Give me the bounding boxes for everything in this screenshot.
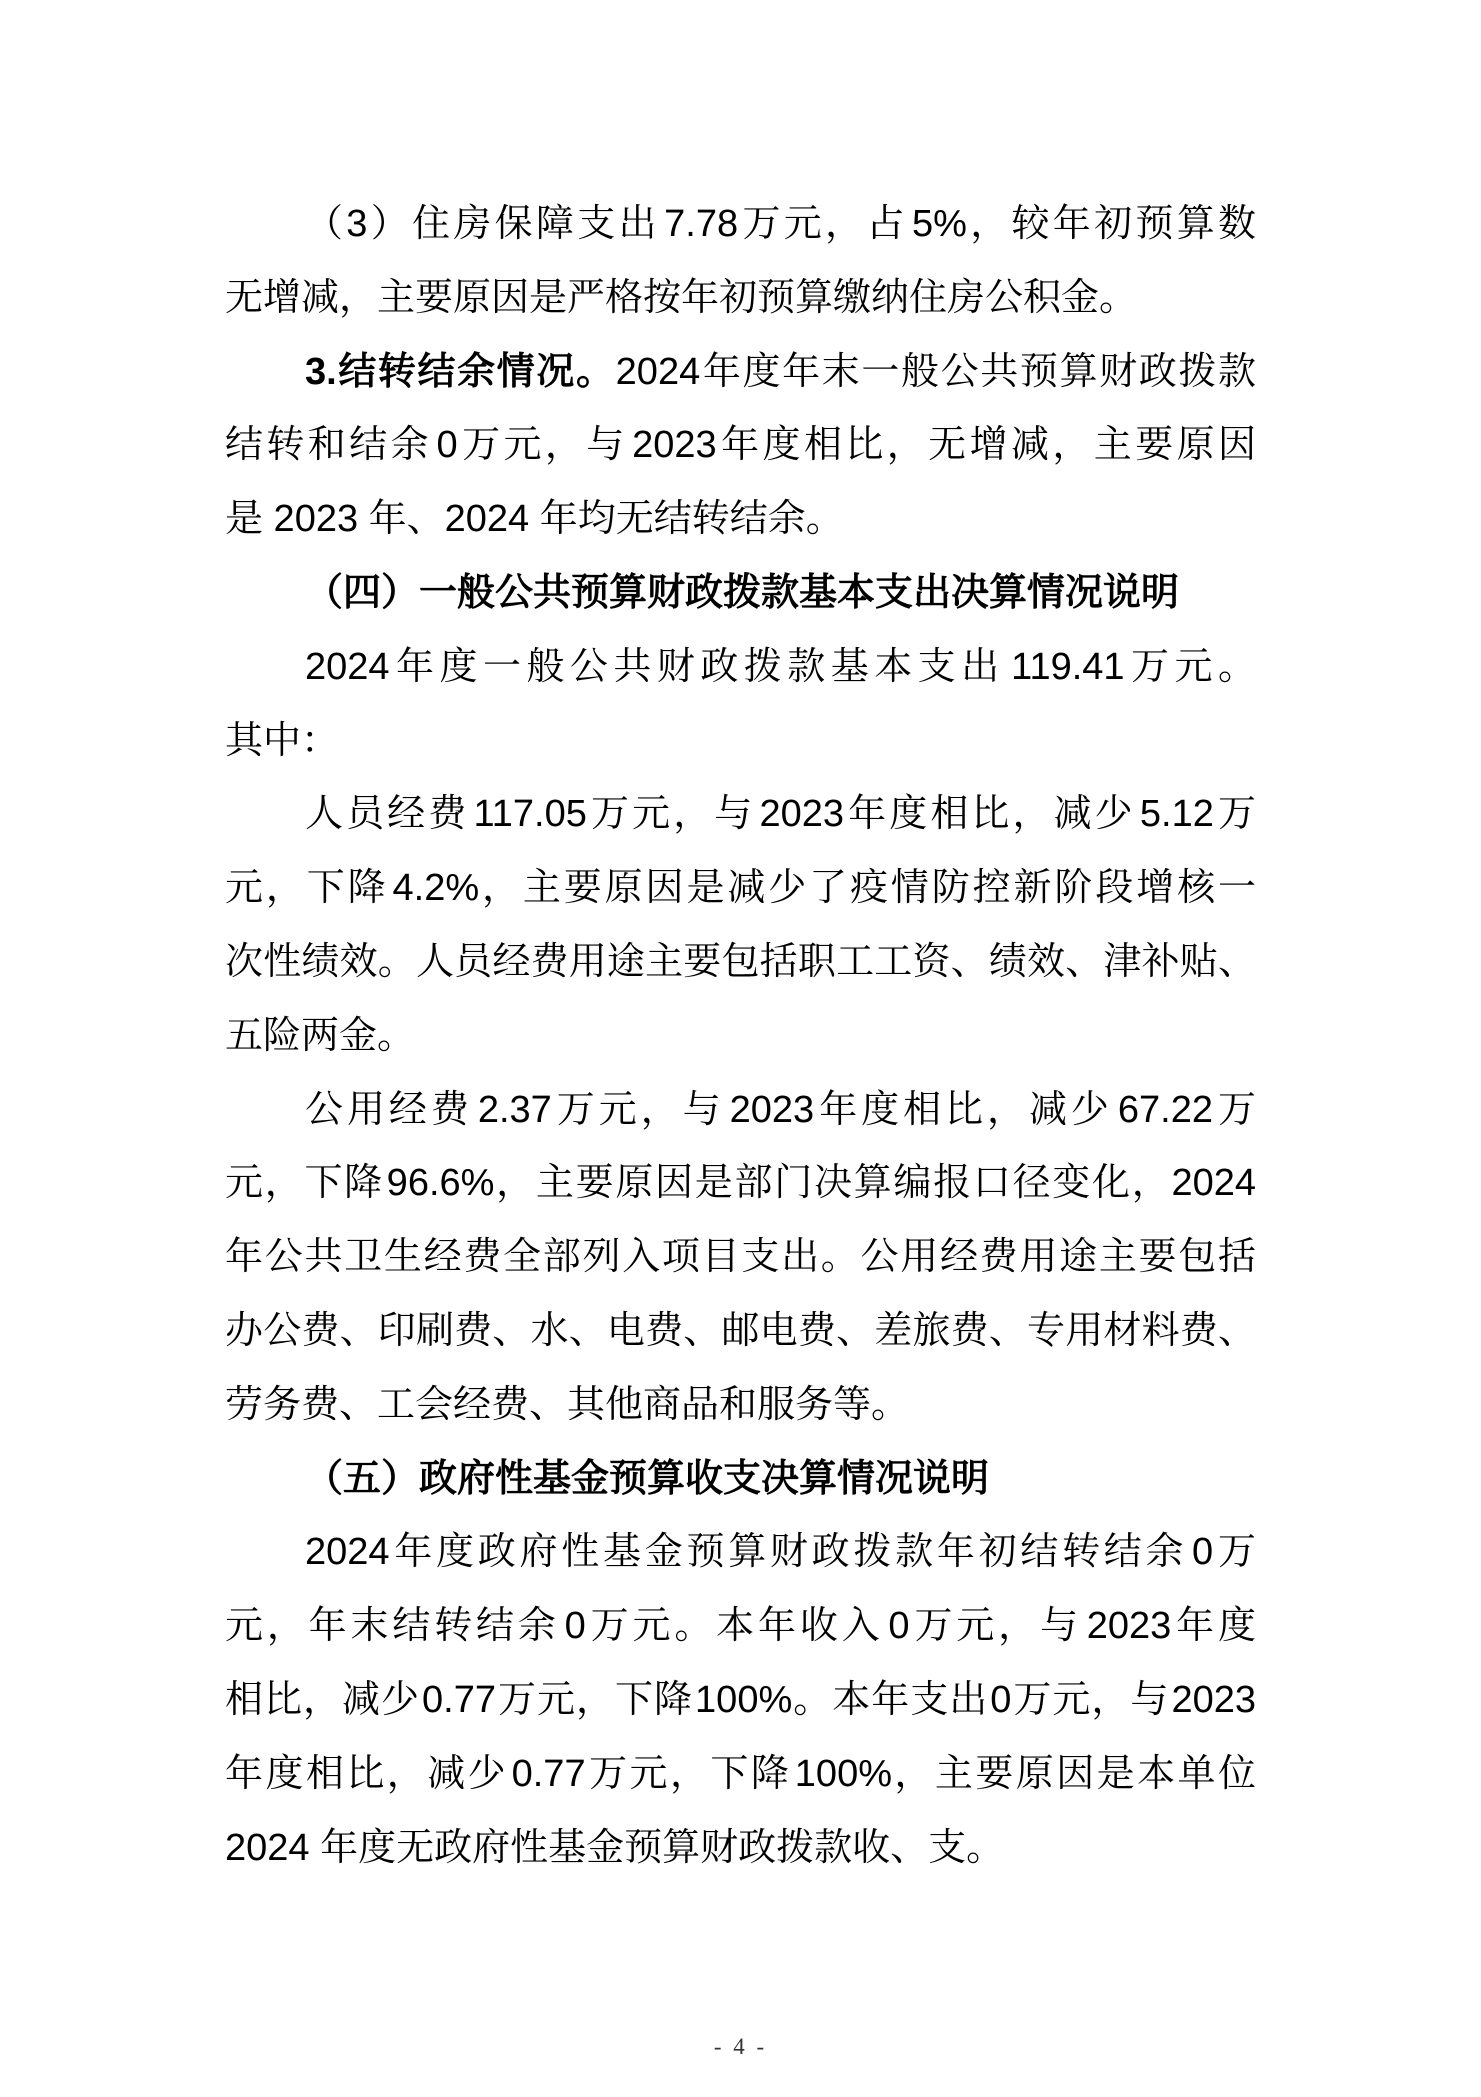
text-line: （3）住房保障支出 7.78 万元，占 5%，较年初预算数 [225,188,1256,262]
text-line: 2024 年度政府性基金预算财政拨款年初结转结余 0 万 [225,1516,1256,1590]
text-line: 无增减，主要原因是严格按年初预算缴纳住房公积金。 [225,262,1256,336]
text-line: 次性绩效。人员经费用途主要包括职工工资、绩效、津补贴、 [225,926,1256,1000]
text-line: 五险两金。 [225,1000,1256,1074]
text-line: 2024 年度无政府性基金预算财政拨款收、支。 [225,1812,1256,1886]
text-line: 结转和结余 0 万元，与 2023 年度相比，无增减，主要原因 [225,409,1256,483]
text-line: 相比，减少 0.77 万元，下降 100%。本年支出 0 万元，与 2023 [225,1664,1256,1738]
text-span: 2024 年度年末一般公共预算财政拨款 [616,351,1256,393]
text-line: 元，下降 96.6%，主要原因是部门决算编报口径变化，2024 [225,1147,1256,1221]
text-line: 是 2023 年、2024 年均无结转结余。 [225,483,1256,557]
text-line: 3.结转结余情况。2024 年度年末一般公共预算财政拨款 [225,336,1256,410]
document-body: （3）住房保障支出 7.78 万元，占 5%，较年初预算数 无增减，主要原因是严… [225,188,1256,1885]
text-line: 劳务费、工会经费、其他商品和服务等。 [225,1369,1256,1443]
document-page: （3）住房保障支出 7.78 万元，占 5%，较年初预算数 无增减，主要原因是严… [0,0,1481,2097]
section-heading-4: （四）一般公共预算财政拨款基本支出决算情况说明 [225,557,1256,631]
text-line: 公用经费 2.37 万元，与 2023 年度相比，减少 67.22 万 [225,1074,1256,1148]
text-line: 人员经费 117.05 万元，与 2023 年度相比，减少 5.12 万 [225,778,1256,852]
text-line: 年度相比，减少 0.77 万元，下降 100%，主要原因是本单位 [225,1738,1256,1812]
text-line: 2024 年度一般公共财政拨款基本支出 119.41 万元。 [225,631,1256,705]
text-line: 年公共卫生经费全部列入项目支出。公用经费用途主要包括 [225,1221,1256,1295]
text-line: 元，年末结转结余 0 万元。本年收入 0 万元，与 2023 年度 [225,1590,1256,1664]
text-line: 元，下降 4.2%，主要原因是减少了疫情防控新阶段增核一 [225,852,1256,926]
section-heading-5: （五）政府性基金预算收支决算情况说明 [225,1443,1256,1517]
text-line: 办公费、印刷费、水、电费、邮电费、差旅费、专用材料费、 [225,1295,1256,1369]
inline-heading: 3.结转结余情况。 [305,351,616,393]
text-line: 其中： [225,705,1256,779]
footer-page-number: - 4 - [0,2034,1481,2060]
